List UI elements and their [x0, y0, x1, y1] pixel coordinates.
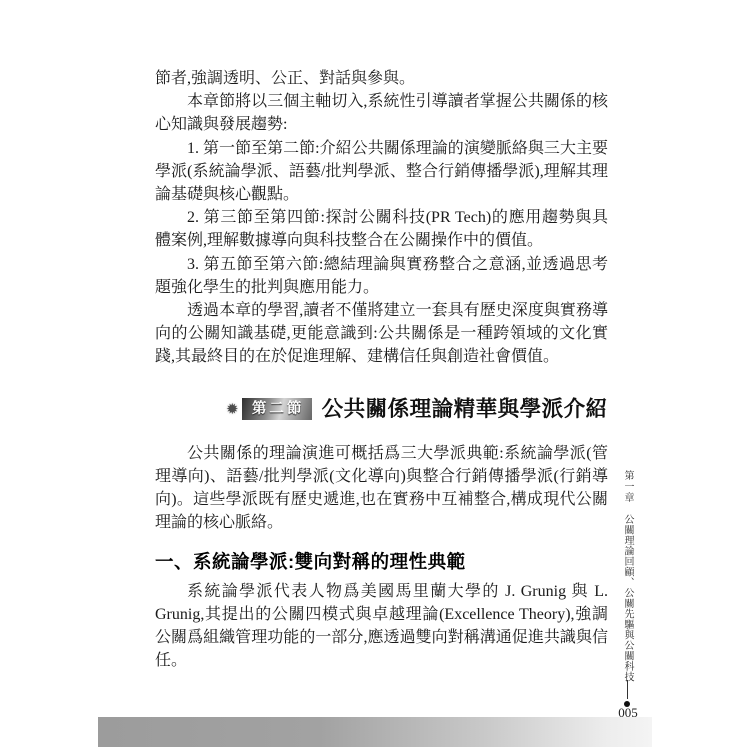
footer-gradient-bar [98, 717, 652, 747]
paragraph-overview: 本章節將以三個主軸切入,系統性引導讀者掌握公共關係的核心知識與發展趨勢: [155, 90, 608, 136]
chapter-title: 公關理論回顧、公關先驅與公關科技 [622, 514, 633, 682]
paragraph-continuation: 節者,強調透明、公正、對話與參與。 [155, 67, 608, 90]
paragraph-summary: 透過本章的學習,讀者不僅將建立一套具有歷史深度與實務導向的公關知識基礎,更能意識… [155, 299, 608, 369]
chapter-number: 第一章 [622, 470, 633, 503]
section-intro-paragraph: 公共關係的理論演進可概括爲三大學派典範:系統論學派(管理導向)、語藝/批判學派(… [155, 442, 608, 535]
sidebar-rule [627, 680, 628, 699]
main-text-column: 節者,強調透明、公正、對話與參與。 本章節將以三個主軸切入,系統性引導讀者掌握公… [155, 67, 608, 673]
subsection-heading: 一、系統論學派:雙向對稱的理性典範 [155, 550, 608, 573]
chapter-sidebar: 第一章公關理論回顧、公關先驅與公關科技 [615, 470, 639, 700]
book-page: 節者,強調透明、公正、對話與參與。 本章節將以三個主軸切入,系統性引導讀者掌握公… [0, 0, 750, 750]
list-item-1: 1. 第一節至第二節:介紹公共關係理論的演變脈絡與三大主要學派(系統論學派、語藝… [155, 137, 608, 207]
section-header: ✹ 第二節 公共關係理論精華與學派介紹 [226, 398, 608, 421]
list-item-2: 2. 第三節至第四節:探討公關科技(PR Tech)的應用趨勢與具體案例,理解數… [155, 206, 608, 252]
list-item-3: 3. 第五節至第六節:總結理論與實務整合之意涵,並透過思考題強化學生的批判與應用… [155, 253, 608, 299]
section-title: 公共關係理論精華與學派介紹 [322, 398, 608, 421]
section-number-badge: 第二節 [242, 398, 312, 420]
subsection-body-paragraph: 系統論學派代表人物爲美國馬里蘭大學的 J. Grunig 與 L. Grunig… [155, 580, 608, 673]
sunburst-icon: ✹ [226, 402, 239, 417]
